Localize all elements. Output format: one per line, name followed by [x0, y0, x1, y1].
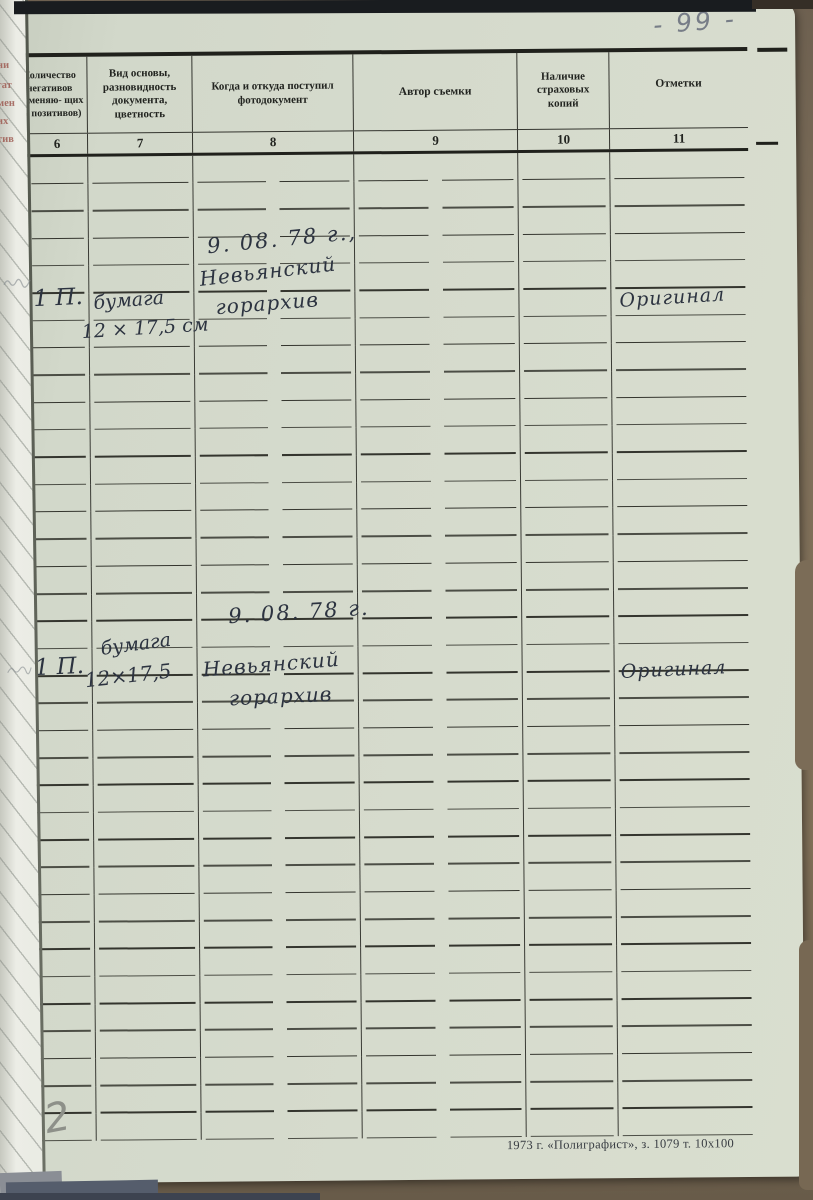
- table-cell: [94, 839, 199, 867]
- cardboard-edge-notch-lower: [799, 940, 813, 1190]
- table-cell: [519, 207, 611, 235]
- table-cell: [193, 154, 354, 183]
- scanned-register-page: - 99 - Количество негативов (заменяю- щи…: [0, 0, 813, 1200]
- table-cell: [361, 946, 525, 975]
- table-cell: [362, 1083, 526, 1112]
- table-cell: [355, 208, 519, 237]
- table-cell: [617, 889, 755, 918]
- table-cell: [358, 618, 522, 647]
- table-cell: [616, 862, 754, 891]
- table-cell: [360, 782, 524, 811]
- table-cell: [615, 698, 753, 727]
- table-cell: [610, 178, 748, 207]
- table-cell: [356, 399, 520, 428]
- facing-page-fragment: гат: [0, 80, 12, 91]
- table-cell: [520, 398, 612, 426]
- table-cell: [522, 535, 614, 563]
- table-cell: [612, 315, 750, 344]
- table-cell: [522, 562, 614, 590]
- entry-2-received-from-line2: горархив: [228, 682, 332, 710]
- table-cell: [526, 1000, 618, 1028]
- table-cell: [195, 346, 356, 375]
- table-cell: [618, 1081, 756, 1110]
- table-cell: [527, 1109, 619, 1137]
- table-cell: [518, 180, 610, 208]
- entry-2-negative-count: 1 П.: [34, 653, 84, 681]
- table-cell: [91, 511, 196, 539]
- table-cell: [198, 756, 359, 785]
- table-cell: [613, 479, 751, 508]
- table-cell: [618, 1053, 756, 1082]
- facing-page-fragment: ни: [0, 60, 9, 71]
- table-cell: [201, 1029, 362, 1058]
- table-cell: [520, 344, 612, 372]
- table-cell: [360, 864, 524, 893]
- table-cell: [521, 480, 613, 508]
- table-cell: [525, 890, 617, 918]
- table-cell: [520, 316, 612, 344]
- table-cell: [359, 700, 523, 729]
- table-cell: [96, 1003, 201, 1031]
- table-cell: [88, 183, 193, 211]
- table-cell: [195, 401, 356, 430]
- facing-page-fragment: мен: [0, 98, 15, 109]
- table-cell: [526, 1027, 618, 1055]
- table-cell: [362, 1028, 526, 1057]
- table-cell: [89, 211, 194, 239]
- table-cell: [521, 453, 613, 481]
- table-cell: [91, 484, 196, 512]
- table-cell: [523, 699, 615, 727]
- table-cell: [357, 454, 521, 483]
- table-cell: [519, 262, 611, 290]
- table-cell: [360, 809, 524, 838]
- table-cell: [525, 972, 617, 1000]
- table-cell: [33, 977, 95, 1005]
- table-cell: [521, 426, 613, 454]
- table-cell: [202, 1111, 363, 1140]
- table-cell: [614, 616, 752, 645]
- table-cell: [359, 727, 523, 756]
- table-cell: [354, 153, 518, 182]
- table-cell: [613, 452, 751, 481]
- table-cell: [196, 483, 357, 512]
- print-shop-imprint: 1973 г. «Полиграфист», з. 1079 т. 10х100: [507, 1136, 734, 1153]
- column-number-11: 11: [610, 128, 748, 149]
- table-cell: [619, 1108, 757, 1137]
- table-cell: [521, 508, 613, 536]
- table-cell: [92, 566, 197, 594]
- table-cell: [96, 1085, 201, 1113]
- table-cell: [97, 1113, 202, 1141]
- table-cell: [358, 536, 522, 565]
- column-number-10: 10: [518, 129, 610, 150]
- table-cell: [93, 703, 198, 731]
- table-cell: [362, 1001, 526, 1030]
- table-cell: [94, 785, 199, 813]
- column-number-8: 8: [193, 131, 354, 152]
- table-cell: [518, 152, 610, 180]
- table-cell: [356, 344, 520, 373]
- table-cell: [30, 540, 92, 568]
- table-cell: [615, 753, 753, 782]
- header-line-extension: [757, 48, 787, 52]
- table-cell: [94, 867, 199, 895]
- table-cell: [359, 673, 523, 702]
- header-line-extension-2: [756, 142, 778, 145]
- table-cell: [356, 372, 520, 401]
- table-cell: [618, 1026, 756, 1055]
- table-cell: [357, 426, 521, 455]
- column-header-9: Автор съемки: [353, 53, 518, 130]
- table-cell: [30, 622, 92, 650]
- column-header-10: Наличие страховых копий: [517, 52, 610, 129]
- table-cell: [523, 726, 615, 754]
- table-cell: [358, 563, 522, 592]
- table-cell: [94, 812, 199, 840]
- table-cell: [199, 783, 360, 812]
- table-cell: [89, 238, 194, 266]
- table-cell: [195, 318, 356, 347]
- table-cell: [200, 920, 361, 949]
- table-cell: [362, 1055, 526, 1084]
- table-cell: [200, 975, 361, 1004]
- table-cell: [612, 397, 750, 426]
- table-cell: [522, 644, 614, 672]
- table-cell: [88, 156, 193, 184]
- table-cell: [356, 317, 520, 346]
- table-cell: [95, 976, 200, 1004]
- column-number-7: 7: [88, 133, 193, 154]
- table-cell: [96, 1031, 201, 1059]
- table-cell: [196, 510, 357, 539]
- entry-2-note: Оригинал: [620, 656, 727, 683]
- margin-scribble-icon: [2, 276, 32, 292]
- table-cell: [199, 865, 360, 894]
- table-cell: [357, 508, 521, 537]
- table-cell: [196, 455, 357, 484]
- table-cell: [617, 917, 755, 946]
- table-cell: [614, 561, 752, 590]
- table-cell: [614, 588, 752, 617]
- facing-page-fragment: тив: [0, 134, 14, 145]
- table-cell: [29, 512, 91, 540]
- table-cell: [526, 1055, 618, 1083]
- column-header-6: Количество негативов (заменяю- щих их по…: [25, 57, 88, 134]
- table-cell: [615, 725, 753, 754]
- table-cell: [617, 971, 755, 1000]
- table-cell: [197, 565, 358, 594]
- table-cell: [92, 593, 197, 621]
- column-header-11: Отметки: [609, 51, 748, 128]
- table-cell: [29, 485, 91, 513]
- table-cell: [31, 704, 93, 732]
- table-cell: [522, 590, 614, 618]
- table-cell: [618, 999, 756, 1028]
- table-cell: [91, 457, 196, 485]
- table-cell: [524, 781, 616, 809]
- table-cell: [96, 1058, 201, 1086]
- table-cell: [524, 863, 616, 891]
- table-cell: [610, 151, 748, 180]
- bottom-dark-band: [0, 1193, 320, 1200]
- table-cell: [616, 780, 754, 809]
- scanner-top-bar-right: [752, 0, 813, 9]
- cardboard-edge-notch: [795, 560, 813, 770]
- table-cell: [201, 1057, 362, 1086]
- table-cell: [611, 206, 749, 235]
- table-cell: [611, 260, 749, 289]
- table-cell: [358, 645, 522, 674]
- table-cell: [91, 429, 196, 457]
- table-cell: [613, 506, 751, 535]
- column-number-6: 6: [26, 134, 88, 155]
- table-cell: [95, 894, 200, 922]
- table-cell: [612, 370, 750, 399]
- table-cell: [363, 1110, 527, 1139]
- table-cell: [357, 481, 521, 510]
- table-cell: [525, 918, 617, 946]
- table-cell: [359, 755, 523, 784]
- table-cell: [361, 973, 525, 1002]
- table-cell: [32, 840, 94, 868]
- table-cell: [612, 342, 750, 371]
- table-cell: [525, 945, 617, 973]
- facing-page-fragment: их: [0, 116, 8, 127]
- table-cell: [32, 786, 94, 814]
- table-cell: [616, 835, 754, 864]
- table-cell: [90, 347, 195, 375]
- table-cell: [27, 239, 89, 267]
- table-cell: [520, 371, 612, 399]
- table-cell: [93, 757, 198, 785]
- table-cell: [92, 539, 197, 567]
- table-cell: [198, 729, 359, 758]
- table-cell: [617, 944, 755, 973]
- table-cell: [199, 811, 360, 840]
- table-cell: [355, 262, 519, 291]
- table-cell: [361, 919, 525, 948]
- table-cell: [193, 182, 354, 211]
- table-header-row: Количество негативов (заменяю- щих их по…: [25, 51, 748, 134]
- table-cell: [199, 838, 360, 867]
- table-cell: [358, 590, 522, 619]
- table-cell: [30, 567, 92, 595]
- margin-scribble-icon: [6, 664, 32, 678]
- table-cell: [28, 348, 90, 376]
- table-cell: [361, 891, 525, 920]
- table-cell: [28, 403, 90, 431]
- table-cell: [355, 290, 519, 319]
- table-cell: [611, 233, 749, 262]
- table-cell: [613, 424, 751, 453]
- table-cell: [526, 1082, 618, 1110]
- column-number-9: 9: [354, 130, 518, 151]
- table-cell: [27, 211, 89, 239]
- table-cell: [360, 837, 524, 866]
- table-cell: [524, 836, 616, 864]
- table-cell: [32, 868, 94, 896]
- table-cell: [31, 731, 93, 759]
- table-cell: [201, 1002, 362, 1031]
- table-cell: [33, 950, 95, 978]
- table-cell: [519, 289, 611, 317]
- table-cell: [93, 730, 198, 758]
- table-cell: [30, 594, 92, 622]
- table-cell: [523, 672, 615, 700]
- table-cell: [616, 807, 754, 836]
- table-cell: [519, 234, 611, 262]
- table-cell: [26, 157, 88, 185]
- table-cell: [31, 758, 93, 786]
- table-cell: [90, 375, 195, 403]
- table-cell: [195, 373, 356, 402]
- table-cell: [197, 537, 358, 566]
- table-cell: [90, 402, 195, 430]
- table-cell: [523, 754, 615, 782]
- table-cell: [354, 180, 518, 209]
- table-cell: [200, 947, 361, 976]
- table-cell: [95, 921, 200, 949]
- table-cell: [33, 895, 95, 923]
- table-cell: [26, 184, 88, 212]
- register-table: Количество негативов (заменяю- щих их по…: [25, 47, 756, 1142]
- table-cell: [196, 428, 357, 457]
- table-cell: [201, 1084, 362, 1113]
- table-cell: [524, 808, 616, 836]
- table-cell: [29, 458, 91, 486]
- table-cell: [355, 235, 519, 264]
- table-cell: [95, 949, 200, 977]
- paper-sheet: - 99 - Количество негативов (заменяю- щи…: [5, 3, 805, 1184]
- table-cell: [33, 922, 95, 950]
- column-header-8: Когда и откуда поступил фотодокумент: [192, 54, 354, 131]
- table-cell: [29, 430, 91, 458]
- table-cell: [28, 375, 90, 403]
- table-cell: [32, 813, 94, 841]
- column-header-7: Вид основы, разновидность документа, цве…: [87, 56, 193, 133]
- entry-1-negative-count: 1 П.: [33, 284, 83, 312]
- table-cell: [522, 617, 614, 645]
- table-cell: [200, 893, 361, 922]
- table-cell: [614, 534, 752, 563]
